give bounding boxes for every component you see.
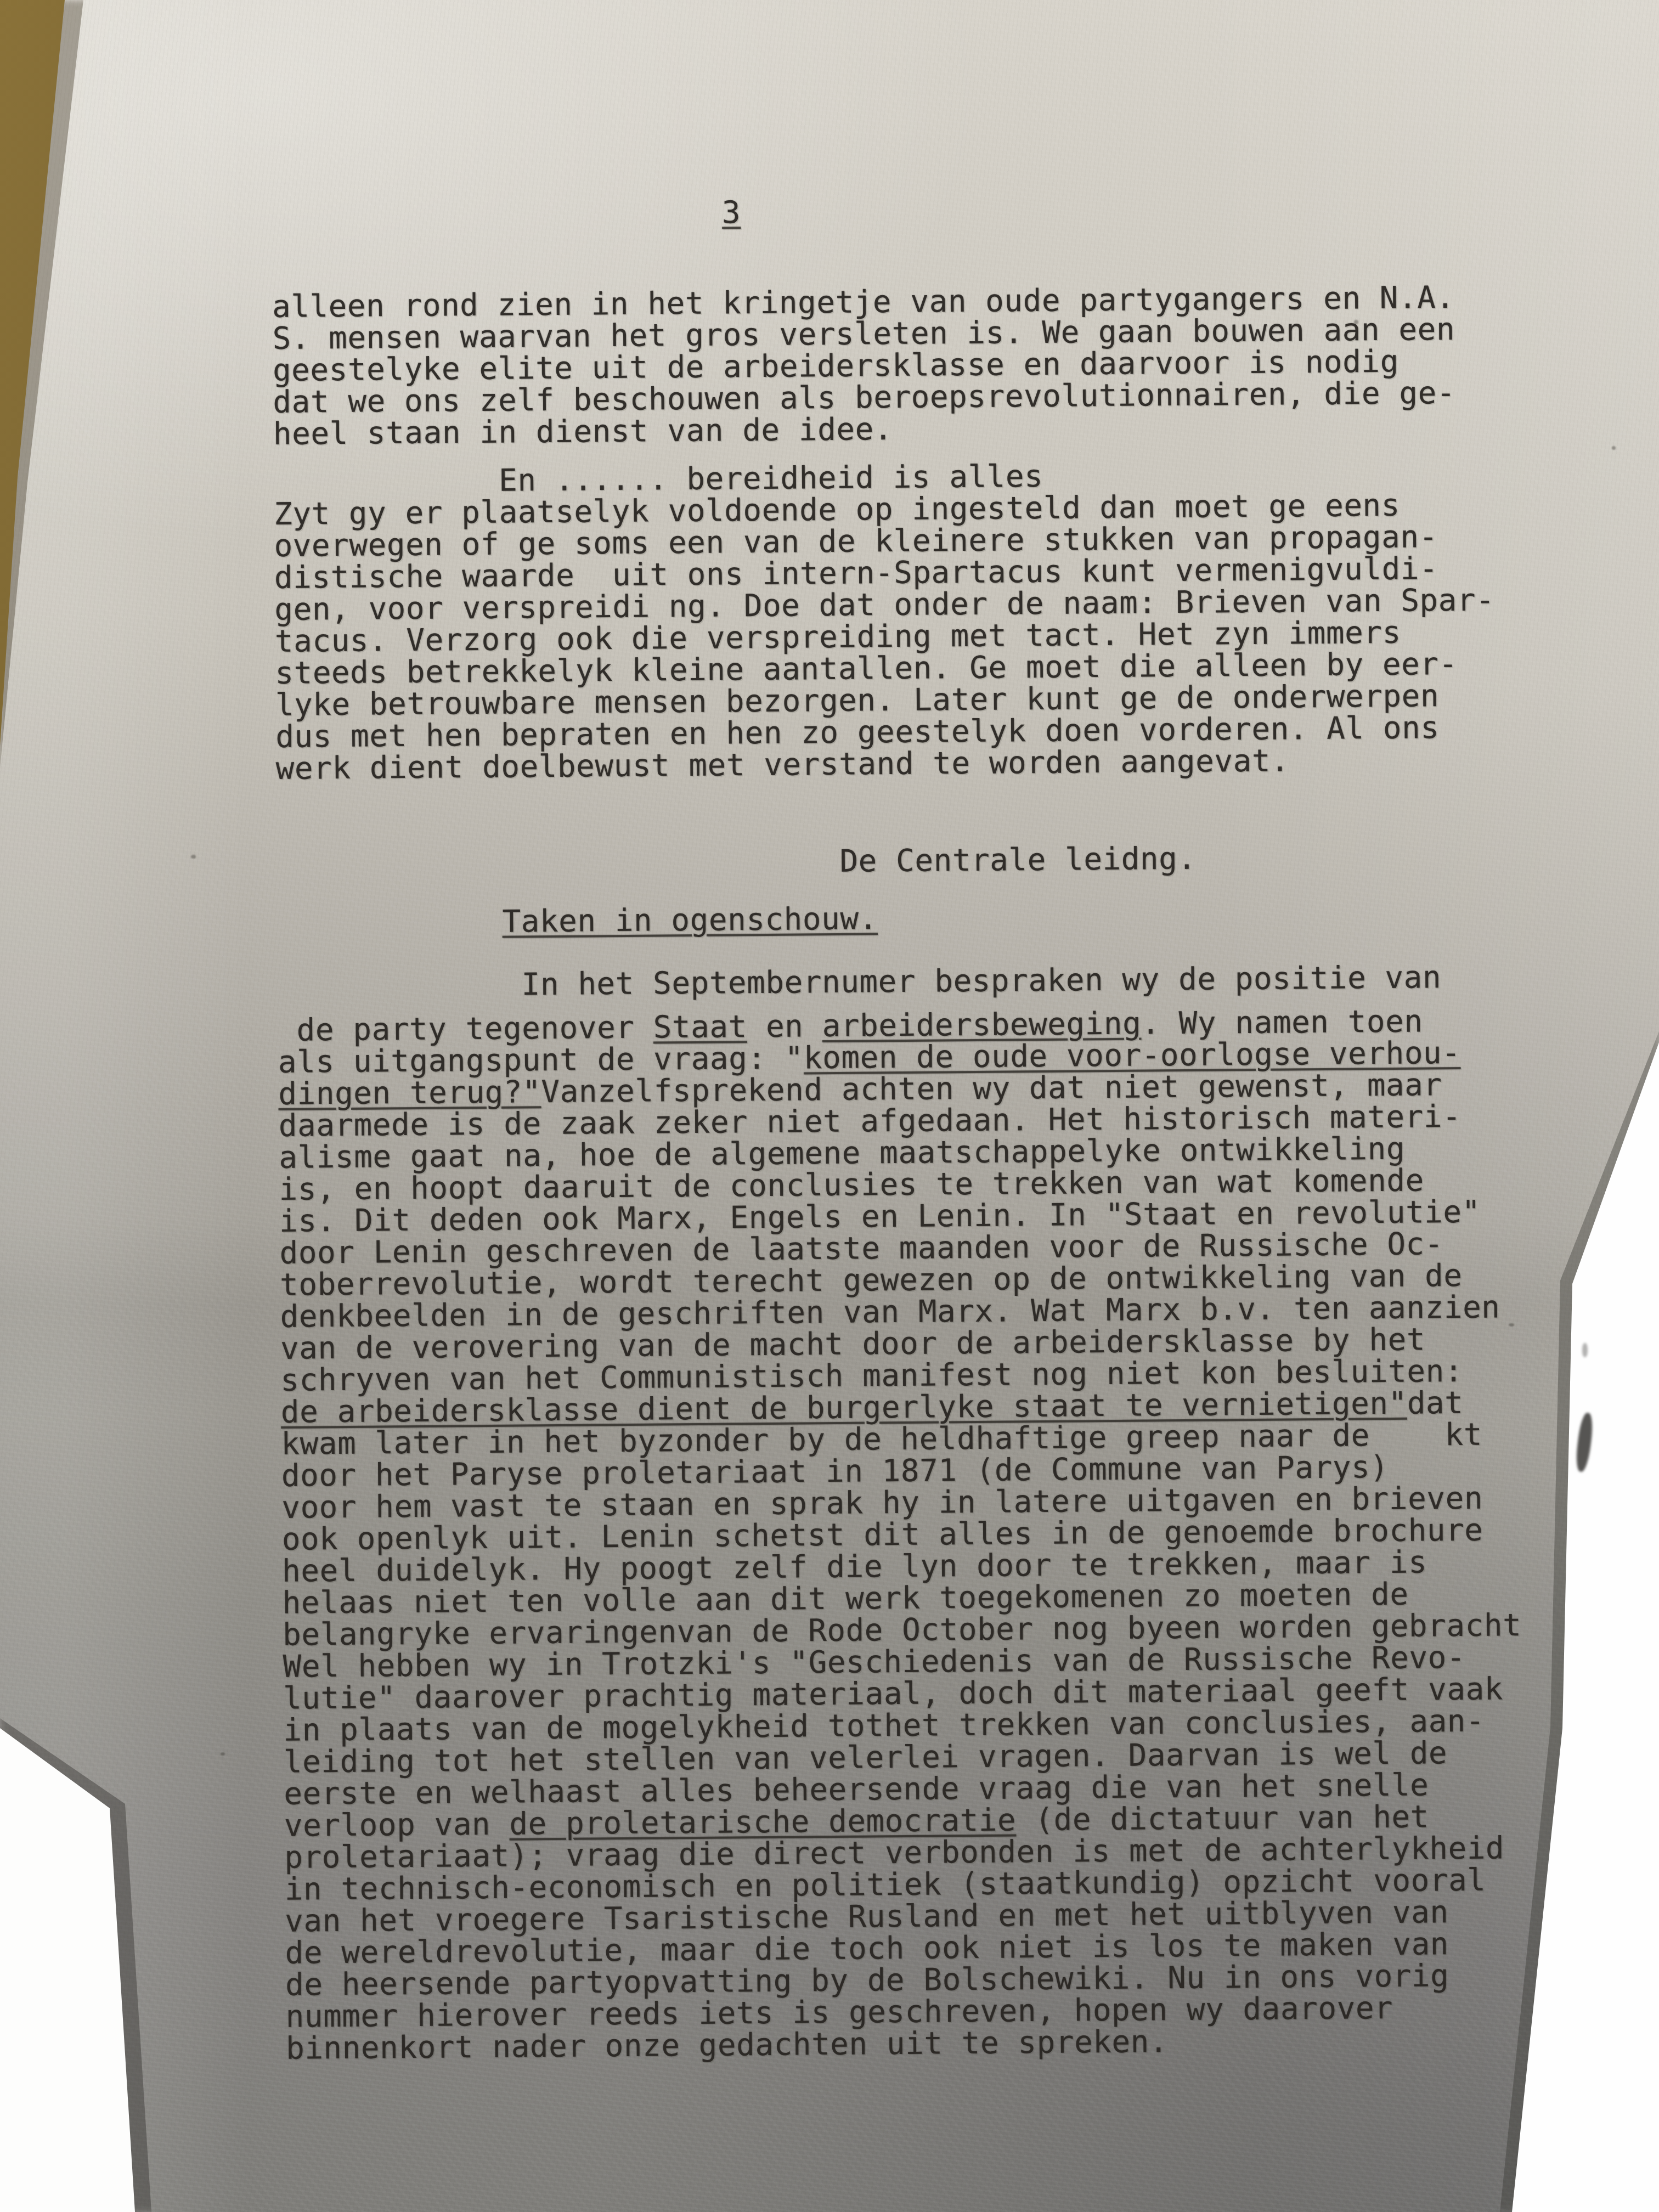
page-text: 3alleen rond zien in het kringetje van o… (0, 0, 1659, 2067)
para-spartacus: Zyt gy er plaatselyk voldoende op ingest… (274, 488, 1641, 785)
para-hoofdtekst: als uitgangspunt de vraag: "komen de oud… (278, 1036, 1652, 2064)
text-line: 3 (272, 190, 1637, 233)
line-centrale-leiding: De Centrale leidng. (276, 839, 1642, 882)
page-number: 3 (272, 190, 1637, 233)
heading-taken-in-ogenschouw: Taken in ogenschouw. (277, 897, 1643, 940)
underlined-text: 3 (722, 195, 741, 230)
text-line: De Centrale leidng. (276, 839, 1642, 882)
text-segment (272, 195, 723, 234)
text-line: In het Septembernumer bespraken wy de po… (278, 960, 1643, 1003)
text-line: werk dient doelbewust met verstand te wo… (275, 742, 1641, 785)
text-segment: binnenkort nader onze gedachten uit te s… (286, 2024, 1169, 2067)
text-segment: In het Septembernumer bespraken wy de po… (278, 960, 1442, 1005)
underlined-text: Taken in ogenschouw. (502, 901, 878, 939)
text-segment (277, 904, 503, 941)
text-segment: dat (1407, 1385, 1463, 1421)
text-line: Taken in ogenschouw. (277, 897, 1643, 940)
text-segment: heel staan in dienst van de idee. (273, 411, 893, 452)
underlined-text: Staat (653, 1009, 747, 1045)
para-opening: alleen rond zien in het kringetje van ou… (272, 280, 1639, 450)
text-segment: De Centrale leidng. (276, 841, 1197, 884)
text-segment: en (747, 1008, 822, 1045)
document-photo: 3alleen rond zien in het kringetje van o… (0, 0, 1659, 2212)
text-segment: werk dient doelbewust met verstand te wo… (275, 743, 1289, 787)
line-september-intro: In het Septembernumer bespraken wy de po… (278, 960, 1643, 1003)
